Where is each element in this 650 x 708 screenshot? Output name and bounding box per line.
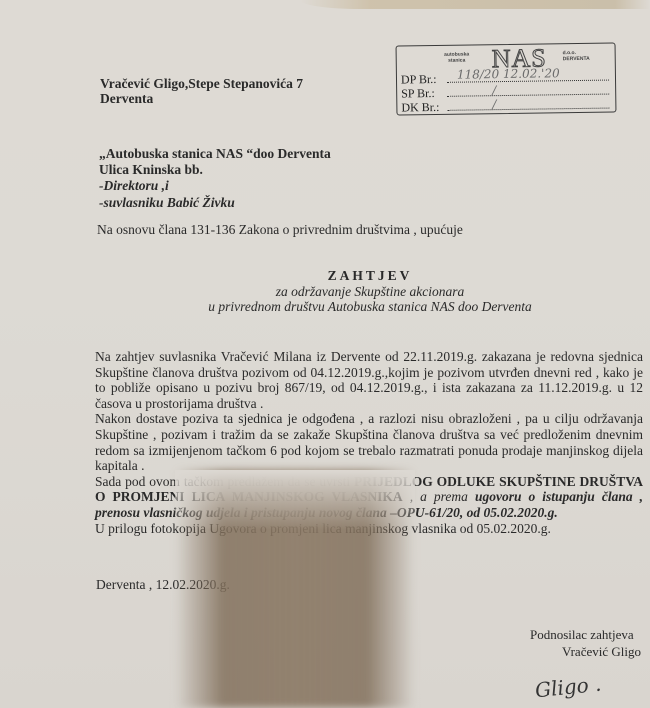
page-shadow-top: [300, 0, 650, 9]
body-paragraph-2: Nakon dostave poziva ta sjednica je odgo…: [95, 411, 643, 473]
stamp-company-left: autobuska stanica: [437, 51, 477, 64]
recipient-company: „Autobuska stanica NAS “doo Derventa: [99, 146, 331, 162]
recipient-street: Ulica Kninska bb.: [99, 162, 203, 178]
document-subtitle-1: za održavanje Skupštine akcionara: [45, 284, 650, 300]
stamp-dk-line: [447, 108, 609, 111]
stamp-dk-label: DK Br.:: [401, 100, 439, 116]
photo-shadow-fade: [175, 470, 415, 530]
recipient-co-owner: -suvlasniku Babić Živku: [99, 195, 235, 211]
stamp-company-right: d.o.o. DERVENTA: [563, 50, 603, 63]
body-paragraph-1: Na zahtjev suvlasnika Vračević Milana iz…: [95, 349, 643, 411]
stamp-dp-value: 118/20 12.02.'20: [457, 66, 560, 81]
sender-city: Derventa: [100, 91, 153, 107]
document-subtitle-2: u privrednom društvu Autobuska stanica N…: [45, 299, 650, 315]
signature-name: Vračević Gligo: [562, 644, 641, 660]
document-title: ZAHTJEV: [45, 268, 650, 284]
stamp-sp-value: /: [492, 83, 496, 97]
company-stamp: autobuska stanica NAS d.o.o. DERVENTA DP…: [396, 42, 617, 115]
sender-name-address: Vračević Gligo,Stepe Stepanovića 7: [100, 76, 303, 92]
intro-line: Na osnovu člana 131-136 Zakona o privred…: [97, 222, 463, 238]
stamp-dk-value: /: [492, 97, 496, 111]
recipient-director: -Direktoru ,i: [99, 178, 169, 194]
stamp-sp-line: [447, 94, 609, 97]
signature-label: Podnosilac zahtjeva: [530, 627, 634, 643]
